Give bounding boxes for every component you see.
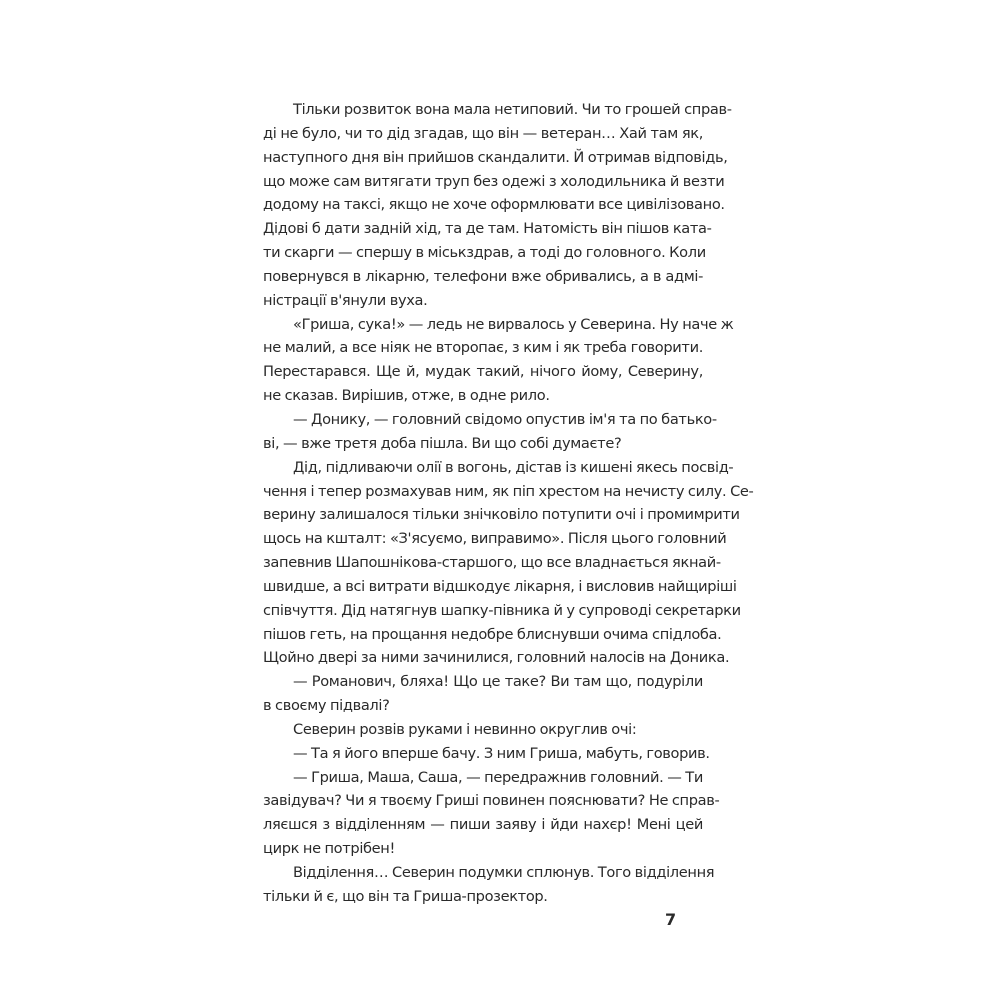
text-line: повернувся в лікарню, телефони вже обрив… xyxy=(263,265,703,289)
text-line: ти скарги — спершу в міськздрав, а тоді … xyxy=(263,241,703,265)
text-line: щось на кшталт: «З'ясуємо, виправимо». П… xyxy=(263,527,703,551)
text-line: цирк не потрібен! xyxy=(263,837,703,861)
book-page: Тільки розвиток вона мала нетиповий. Чи … xyxy=(0,0,1000,1000)
text-line: Перестарався. Ще й, мудак такий, нічого … xyxy=(263,360,703,384)
text-line: верину залишалося тільки знічковіло поту… xyxy=(263,503,703,527)
text-line: — Та я його вперше бачу. З ним Гриша, ма… xyxy=(263,742,703,766)
text-line: пішов геть, на прощання недобре блиснувш… xyxy=(263,623,703,647)
text-line: не малий, а все ніяк не второпає, з ким … xyxy=(263,336,703,360)
text-line: ві, — вже третя доба пішла. Ви що собі д… xyxy=(263,432,703,456)
text-line: ляєшся з відділенням — пиши заяву і йди … xyxy=(263,813,703,837)
text-line: «Гриша, сука!» — ледь не вирвалось у Сев… xyxy=(263,313,703,337)
text-line: додому на таксі, якщо не хоче оформлюват… xyxy=(263,193,703,217)
text-line: — Донику, — головний свідомо опустив ім'… xyxy=(263,408,703,432)
text-line: швидше, а всі витрати відшкодує лікарня,… xyxy=(263,575,703,599)
text-line: — Гриша, Маша, Саша, — передражнив голов… xyxy=(263,766,703,790)
text-line: запевнив Шапошнікова-старшого, що все вл… xyxy=(263,551,703,575)
text-line: ді не було, чи то дід згадав, що він — в… xyxy=(263,122,703,146)
text-line: Дід, підливаючи олії в вогонь, дістав із… xyxy=(263,456,703,480)
text-line: в своєму підвалі? xyxy=(263,694,703,718)
page-number: 7 xyxy=(665,910,676,929)
text-line: Тільки розвиток вона мала нетиповий. Чи … xyxy=(263,98,703,122)
text-line: ністрації в'янули вуха. xyxy=(263,289,703,313)
text-line: Щойно двері за ними зачинилися, головний… xyxy=(263,646,703,670)
text-line: співчуття. Дід натягнув шапку-півника й … xyxy=(263,599,703,623)
text-line: — Романович, бляха! Що це таке? Ви там щ… xyxy=(263,670,703,694)
text-line: тільки й є, що він та Гриша-прозектор. xyxy=(263,885,703,909)
text-line: завідувач? Чи я твоєму Гриші повинен поя… xyxy=(263,789,703,813)
text-line: Северин розвів руками і невинно округлив… xyxy=(263,718,703,742)
text-line: чення і тепер розмахував ним, як піп хре… xyxy=(263,480,703,504)
text-line: Дідові б дати задній хід, та де там. Нат… xyxy=(263,217,703,241)
text-line: не сказав. Вирішив, отже, в одне рило. xyxy=(263,384,703,408)
text-line: Відділення… Северин подумки сплюнув. Тог… xyxy=(263,861,703,885)
text-line: наступного дня він прийшов скандалити. Й… xyxy=(263,146,703,170)
body-text: Тільки розвиток вона мала нетиповий. Чи … xyxy=(263,98,703,909)
text-line: що може сам витягати труп без одежі з хо… xyxy=(263,170,703,194)
